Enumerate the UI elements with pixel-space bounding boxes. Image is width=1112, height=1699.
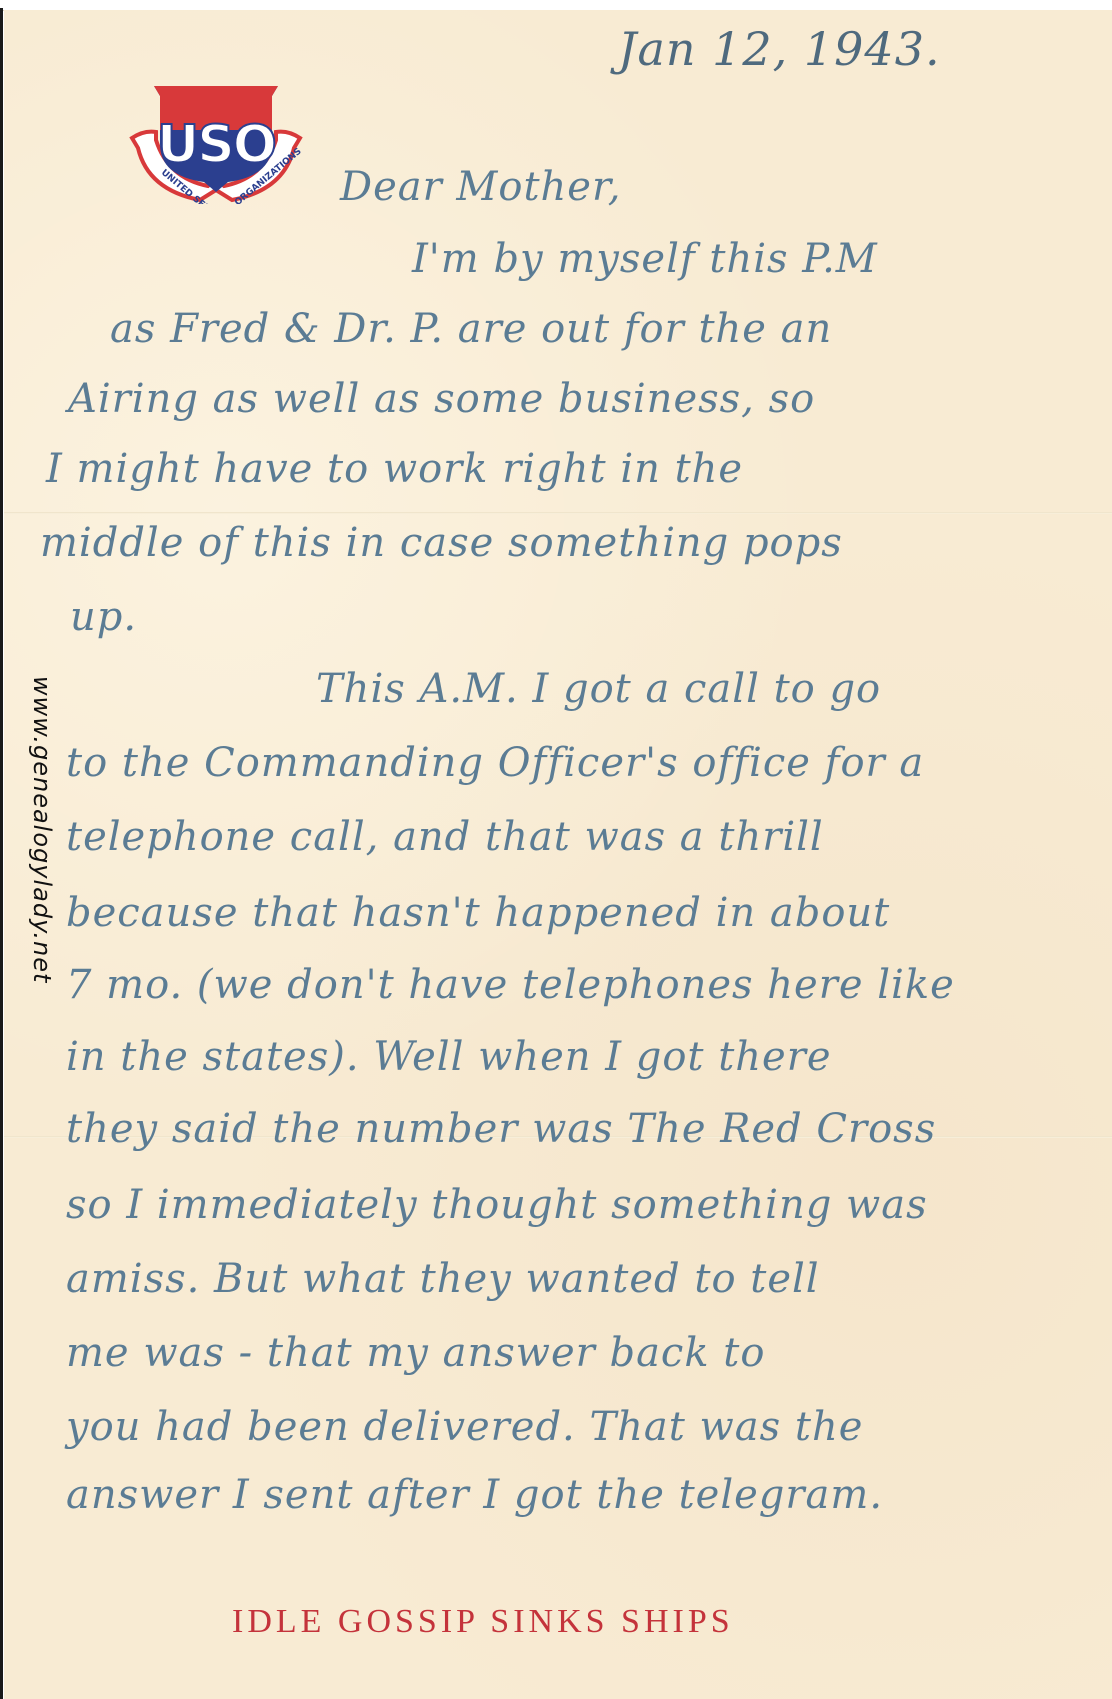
letter-line: I'm by myself this P.M: [412, 236, 878, 282]
letter-line: This A.M. I got a call to go: [316, 666, 881, 712]
letter-line: Airing as well as some business, so: [68, 376, 815, 422]
letter-line: as Fred & Dr. P. are out for the an: [110, 306, 832, 352]
letter-line: because that hasn't happened in about: [66, 890, 890, 936]
salutation: Dear Mother,: [340, 164, 621, 210]
letter-line: 7 mo. (we don't have telephones here lik…: [66, 962, 955, 1008]
letter-line: telephone call, and that was a thrill: [66, 814, 824, 860]
letter-date: Jan 12, 1943.: [618, 22, 941, 76]
letter-line: they said the number was The Red Cross: [66, 1106, 936, 1152]
letter-line: me was - that my answer back to: [66, 1330, 765, 1376]
paper-fold-line: [4, 512, 1112, 514]
letter-line: to the Commanding Officer's office for a: [66, 740, 924, 786]
letter-line: answer I sent after I got the telegram.: [66, 1472, 883, 1518]
letter-line-text: as Fred & Dr. P. are out for the an: [110, 306, 832, 352]
letter-line: I might have to work right in the: [46, 446, 743, 492]
letter-line: in the states). Well when I got there: [66, 1034, 832, 1080]
letter-line: amiss. But what they wanted to tell: [66, 1256, 820, 1302]
letter-line: you had been delivered. That was the: [66, 1404, 863, 1450]
scan-left-edge: [0, 8, 3, 1699]
letter-line: up.: [70, 594, 137, 640]
letter-line: middle of this in case something pops: [40, 520, 843, 566]
uso-logo: USO UNITED SERVICE ORGANIZATIONS: [128, 74, 304, 204]
svg-text:USO: USO: [157, 115, 275, 175]
uso-shield-icon: USO UNITED SERVICE ORGANIZATIONS: [128, 74, 304, 204]
footer-slogan: IDLE GOSSIP SINKS SHIPS: [232, 1603, 734, 1641]
website-watermark: www.genealogylady.net: [34, 676, 56, 1056]
letter-line: so I immediately thought something was: [66, 1182, 928, 1228]
